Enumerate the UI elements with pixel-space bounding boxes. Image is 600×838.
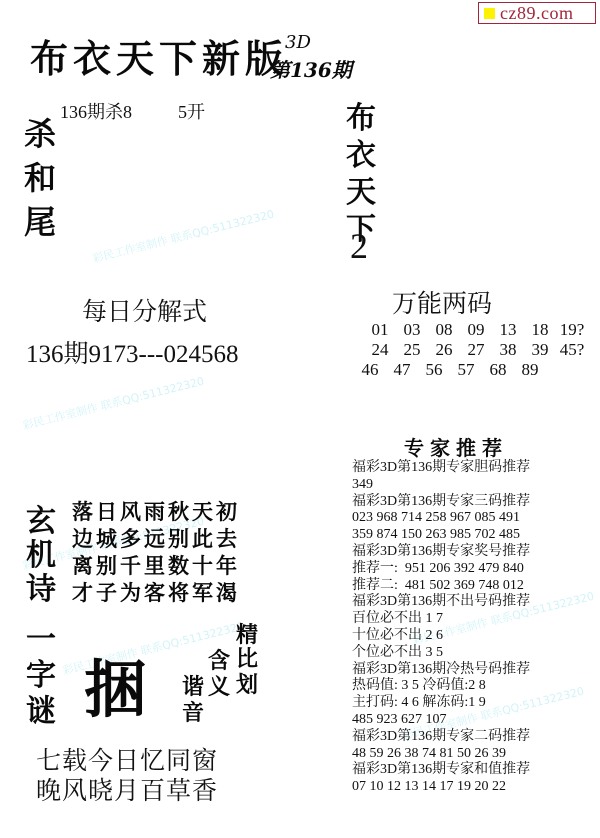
- code: 47: [388, 360, 416, 380]
- code: 27: [462, 340, 490, 360]
- kill-tail-line: 136期杀8: [60, 98, 132, 124]
- hint-char: 谐: [182, 674, 204, 700]
- expert-line: 07 10 12 13 14 17 19 20 22: [352, 779, 530, 796]
- expert-title: 专家推荐: [404, 432, 508, 461]
- code: 19?: [558, 320, 586, 340]
- hint-char: 比: [236, 646, 258, 672]
- riddle-hint-bihua: 比 划: [236, 646, 258, 698]
- two-codes-row: 01 03 08 09 13 18 19?: [366, 320, 586, 340]
- expert-line: 推荐一: 951 206 392 479 840: [352, 561, 530, 578]
- yellow-square-icon: [484, 8, 495, 19]
- code: 68: [484, 360, 512, 380]
- site-badge[interactable]: cz89.com: [478, 2, 596, 24]
- expert-line: 349: [352, 477, 530, 494]
- two-codes-title: 万能两码: [392, 284, 492, 320]
- expert-line: 推荐二: 481 502 369 748 012: [352, 578, 530, 595]
- expert-line: 福彩3D第136期专家胆码推荐: [352, 460, 530, 477]
- code: 89: [516, 360, 544, 380]
- hint-char: 音: [182, 700, 204, 726]
- riddle-hint-xieyin: 谐 音: [182, 674, 204, 726]
- expert-line: 福彩3D第136期不出号码推荐: [352, 594, 530, 611]
- expert-line: 福彩3D第136期专家奖号推荐: [352, 544, 530, 561]
- poem-label-char: 机: [26, 539, 56, 573]
- code: 24: [366, 340, 394, 360]
- kill-tail-char: 和: [24, 156, 56, 200]
- code: 01: [366, 320, 394, 340]
- watermark: 彩民工作室制作 联系QQ:511322320: [91, 206, 276, 267]
- riddle-label-char: 谜: [26, 694, 56, 730]
- code: 03: [398, 320, 426, 340]
- banner-char: 天: [346, 174, 376, 211]
- expert-line: 主打码: 4 6 解冻码:1 9: [352, 695, 530, 712]
- riddle-label-char: 一: [26, 622, 56, 658]
- expert-line: 个位必不出 3 5: [352, 645, 530, 662]
- expert-line: 福彩3D第136期专家和值推荐: [352, 762, 530, 779]
- expert-line: 福彩3D第136期冷热号码推荐: [352, 662, 530, 679]
- couplet: 七载今日忆同窗 晚风晓月百草香: [36, 746, 218, 806]
- banner-char: 衣: [346, 137, 376, 174]
- expert-line: 热码值: 3 5 冷码值:2 8: [352, 678, 530, 695]
- title-3d-label: 3D: [285, 32, 311, 53]
- poem-line: 才子为客将军渴: [72, 579, 240, 606]
- riddle-hint-hanyi: 含 义: [208, 648, 230, 700]
- expert-line: 359 874 150 263 985 702 485: [352, 527, 530, 544]
- expert-line: 福彩3D第136期专家二码推荐: [352, 729, 530, 746]
- code: 46: [356, 360, 384, 380]
- couplet-line: 晚风晓月百草香: [36, 776, 218, 806]
- two-codes-grid: 01 03 08 09 13 18 19? 24 25 26 27 38 39 …: [362, 320, 586, 380]
- code: 57: [452, 360, 480, 380]
- poem-line: 边城多远别此去: [72, 525, 240, 552]
- expert-line: 023 968 714 258 967 085 491: [352, 510, 530, 527]
- poem-line: 落日风雨秋天初: [72, 498, 240, 525]
- expert-list: 福彩3D第136期专家胆码推荐 349 福彩3D第136期专家三码推荐 023 …: [352, 460, 530, 796]
- daily-formula-line: 136期9173---024568: [26, 334, 238, 370]
- two-codes-row: 46 47 56 57 68 89: [356, 360, 586, 380]
- riddle-hint-jing: 精: [236, 618, 258, 649]
- code: 25: [398, 340, 426, 360]
- riddle-main-char: 捆: [84, 640, 146, 729]
- hint-char: 含: [208, 648, 230, 674]
- expert-line: 福彩3D第136期专家三码推荐: [352, 494, 530, 511]
- banner-number: 2: [350, 225, 368, 267]
- daily-formula-title: 每日分解式: [82, 292, 207, 328]
- poem-label-char: 诗: [26, 573, 56, 607]
- two-codes-row: 24 25 26 27 38 39 45?: [366, 340, 586, 360]
- page-title: 布衣天下新版: [30, 28, 288, 83]
- poem-line: 离别千里数十年: [72, 552, 240, 579]
- code: 38: [494, 340, 522, 360]
- poem-label-char: 玄: [26, 505, 56, 539]
- watermark: 彩民工作室制作 联系QQ:511322320: [21, 373, 206, 434]
- kill-tail-char: 尾: [24, 200, 56, 244]
- code: 13: [494, 320, 522, 340]
- banner-char: 布: [346, 100, 376, 137]
- riddle-label: 一 字 谜: [26, 622, 56, 730]
- code: 26: [430, 340, 458, 360]
- site-badge-text: cz89.com: [500, 3, 573, 24]
- code: 09: [462, 320, 490, 340]
- kill-tail-label: 杀 和 尾: [24, 112, 56, 244]
- couplet-line: 七载今日忆同窗: [36, 746, 218, 776]
- expert-line: 485 923 627 107: [352, 712, 530, 729]
- kill-tail-char: 杀: [24, 112, 56, 156]
- expert-line: 十位必不出 2 6: [352, 628, 530, 645]
- code: 45?: [558, 340, 586, 360]
- expert-line: 百位必不出 1 7: [352, 611, 530, 628]
- code: 08: [430, 320, 458, 340]
- code: 39: [526, 340, 554, 360]
- hint-char: 划: [236, 672, 258, 698]
- hint-char: 义: [208, 674, 230, 700]
- poem-body: 落日风雨秋天初 边城多远别此去 离别千里数十年 才子为客将军渴: [72, 498, 240, 606]
- expert-line: 48 59 26 38 74 81 50 26 39: [352, 746, 530, 763]
- code: 18: [526, 320, 554, 340]
- kill-tail-result: 5开: [178, 98, 205, 124]
- issue-label: 第136期: [270, 54, 352, 83]
- riddle-label-char: 字: [26, 658, 56, 694]
- poem-label: 玄 机 诗: [26, 505, 56, 607]
- code: 56: [420, 360, 448, 380]
